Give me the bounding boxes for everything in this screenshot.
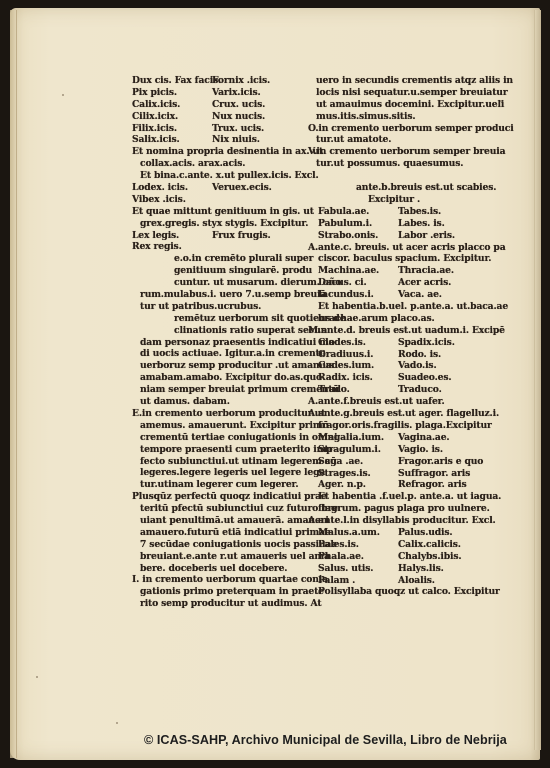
right-column: uero in secundis crementis atqz aliis in… [308, 75, 484, 598]
paragraph-line: A.ante.l.in disyllabis producitur. Excl. [308, 515, 484, 527]
word-pair-row: Gades.ium.Vado.is. [308, 360, 484, 372]
word-right: Chalybs.ibis. [398, 551, 461, 563]
word-left: Dacus. ci. [318, 277, 398, 289]
word-pair-row: Phala.ae.Chalybs.ibis. [308, 551, 484, 563]
word-pair-row: Dux cis. Fax facis.Fornix .icis. [132, 75, 308, 87]
text-line: di uocis actiuae. Igitur.a.in cremento [132, 348, 308, 360]
word-left: Pabulum.i. [318, 218, 398, 230]
page-edge-left [10, 10, 17, 758]
word-right: Acer acris. [398, 277, 451, 289]
paragraph-line: tur.ut amatote. [308, 134, 484, 146]
word-left: Phala.ae. [318, 551, 398, 563]
word-pair-row: Strabo.onis.Labor .eris. [308, 230, 484, 242]
word-right: Vado.is. [398, 360, 437, 372]
paper-speck [36, 676, 38, 678]
word-left: Cilix.icix. [132, 111, 212, 123]
paragraph-line: A.ante.f.breuis est.ut uafer. [308, 396, 484, 408]
text-line: uero in secundis crementis atqz aliis in [308, 75, 484, 87]
word-pair-row: Stragulum.i.Vagio. is. [308, 444, 484, 456]
word-pair-row: Radix. icis.Suadeo.es. [308, 372, 484, 384]
word-left: Magalia.ium. [318, 432, 398, 444]
word-right: Fornix .icis. [212, 75, 270, 87]
word-left: Trado. [318, 384, 398, 396]
paragraph-line: M.ante.d. breuis est.ut uadum.i. Excipē [308, 325, 484, 337]
text-line: rum.mulabus.i. uero 7.u.semp breuiā [132, 289, 308, 301]
paragraph-line: 7 secūdae coniugationis uocis passiuae [132, 539, 308, 551]
word-right: Spadix.icis. [398, 337, 455, 349]
text-line: cuntur. ut musarum. dierum. oño [132, 277, 308, 289]
word-right: Labes. is. [398, 218, 445, 230]
paragraph-line: V.in cremento uerborum semper breuia [308, 146, 484, 158]
word-pair-row: Saga .ae.Fragor.aris e quo [308, 456, 484, 468]
paragraph-line: O.in cremento uerborum semper produci [308, 123, 484, 135]
word-right: Suadeo.es. [398, 372, 451, 384]
text-line: mus.itis.simus.sitis. [308, 111, 484, 123]
text-line: brachae.arum placo.as. [308, 313, 484, 325]
word-pair-row: Ager. n.p.Refragor. aris [308, 479, 484, 491]
word-pair-row: Palam .Aloalis. [308, 575, 484, 587]
text-line: e.o.in cremēto plurali super [132, 253, 308, 265]
word-pair-row: Salus. utis.Halys.lis. [308, 563, 484, 575]
page-edge-right [534, 10, 541, 750]
text-line: collax.acis. arax.acis. [132, 158, 308, 170]
paragraph-line: Plusqūz perfectū quoqz indicatiui prae [132, 491, 308, 503]
word-pair-row: Gradiuus.i.Rodo. is. [308, 349, 484, 361]
paragraph-line: fragor.oris.fragilis. plaga.Excipitur [308, 420, 484, 432]
word-pair-row: Calix.icis.Crux. ucis. [132, 99, 308, 111]
section-heading: Excipitur . [308, 194, 484, 206]
word-right: Fragor.aris e quo [398, 456, 483, 468]
text-line: clinationis ratio superat secun [132, 325, 308, 337]
word-left: Malus.a.um. [318, 527, 398, 539]
word-left: Gades.ium. [318, 360, 398, 372]
word-right: Vagina.ae. [398, 432, 449, 444]
text-line: Polisyllaba quoqz ut calco. Excipitur [308, 586, 484, 598]
word-left: Strages.is. [318, 468, 398, 480]
word-pair-row: Pales.is.Calix.calicis. [308, 539, 484, 551]
text-line: ut amauimus docemini. Excipitur.ueli [308, 99, 484, 111]
word-left: Ager. n.p. [318, 479, 398, 491]
word-pair-row: Filix.icis.Trux. ucis. [132, 123, 308, 135]
paragraph-line: gationis primo preterquam in praete [132, 586, 308, 598]
word-pair-row: Trado.Traduco. [308, 384, 484, 396]
word-left: Gradiuus.i. [318, 349, 398, 361]
paragraph-line: rito semp producitur ut audimus. At [132, 598, 308, 610]
word-pair-row: Strages.is.Suffragor. aris [308, 468, 484, 480]
word-right: Nix niuis. [212, 134, 260, 146]
word-right: Suffragor. aris [398, 468, 470, 480]
word-left: Dux cis. Fax facis. [132, 75, 212, 87]
paragraph-line: tur.ut possumus. quaesumus. [308, 158, 484, 170]
word-left: Lodex. icis. [132, 182, 212, 194]
word-left: Salus. utis. [318, 563, 398, 575]
word-left: Clades.is. [318, 337, 398, 349]
word-right: Vagio. is. [398, 444, 443, 456]
word-right: Traduco. [398, 384, 442, 396]
paragraph-line: tempore praesenti cum praeterito imp [132, 444, 308, 456]
word-right: Refragor. aris [398, 479, 467, 491]
word-left: Filix.icis. [132, 123, 212, 135]
paragraph-line: tur.utinam legerer cum legerer. [132, 479, 308, 491]
word-right: Tabes.is. [398, 206, 441, 218]
word-right: Veruex.ecis. [212, 182, 272, 194]
text-line: locis nisi sequatur.u.semper breuiatur [308, 87, 484, 99]
word-pair-row: Lodex. icis.Veruex.ecis. [132, 182, 308, 194]
word-right: Nux nucis. [212, 111, 265, 123]
text-line: Et quae mittunt genitiuum in gis. ut [132, 206, 308, 218]
text-line: tur ut patribus.ucrubus. [132, 301, 308, 313]
word-pair-row: Pix picis.Varix.icis. [132, 87, 308, 99]
word-left: Lex legis. [132, 230, 212, 242]
paragraph-line: breuiant.e.ante r.ut amaueris uel ama [132, 551, 308, 563]
paragraph-line: A.ante.g.breuis est.ut ager. flagelluz.i… [308, 408, 484, 420]
word-pair-row: Iacundus.i.Vaca. ae. [308, 289, 484, 301]
paragraph-line: A.ante.c. breuis. ut acer acris placco p… [308, 242, 484, 254]
text-line: uerboruz semp producitur .ut amamus [132, 360, 308, 372]
paragraph-line: amauero.futurū etiā indicatiui primae [132, 527, 308, 539]
text-line: Et habentia .f.uel.p. ante.a. ut iagua. [308, 491, 484, 503]
text-line: dam personaz praesentis indicatiui mo [132, 337, 308, 349]
paper-speck [62, 94, 64, 96]
word-left: Palam . [318, 575, 398, 587]
text-line: amabam.amabo. Excipitur do.as.quo [132, 372, 308, 384]
left-column: Dux cis. Fax facis.Fornix .icis.Pix pici… [132, 75, 308, 610]
word-right: Vaca. ae. [398, 289, 442, 301]
text-line: Et bina.c.ante. x.ut pullex.icis. Excl. [132, 170, 308, 182]
word-pair-row: Salix.icis.Nix niuis. [132, 134, 308, 146]
paragraph-line: fecto subiunctiui.ut utinam legerem cū [132, 456, 308, 468]
text-line: Vibex .icis. [132, 194, 308, 206]
word-right: Palus.udis. [398, 527, 452, 539]
word-right: Crux. ucis. [212, 99, 265, 111]
spacer [308, 170, 484, 182]
word-pair-row: Magalia.ium.Vagina.ae. [308, 432, 484, 444]
word-left: Pales.is. [318, 539, 398, 551]
copyright-notice: © ICAS-SAHP, Archivo Municipal de Sevill… [144, 733, 507, 747]
word-right: Trux. ucis. [212, 123, 264, 135]
text-line: remētuz uerborum sit quotiens de [132, 313, 308, 325]
word-right: Varix.icis. [212, 87, 261, 99]
word-pair-row: Dacus. ci.Acer acris. [308, 277, 484, 289]
paragraph-line: teritū pfectū subiunctiui cuz futuro bre [132, 503, 308, 515]
text-line: flagrum. pagus plaga pro uulnere. [308, 503, 484, 515]
text-line: genitiuum singularē. produ [132, 265, 308, 277]
word-right: Frux frugis. [212, 230, 271, 242]
paragraph-line: legeres.legere legeris uel legere lega [132, 467, 308, 479]
text-line: Et habentia.b.uel. p.ante.a. ut.baca.ae [308, 301, 484, 313]
word-right: Halys.lis. [398, 563, 444, 575]
word-left: Machina.ae. [318, 265, 398, 277]
word-left: Salix.icis. [132, 134, 212, 146]
section-heading: ante.b.breuis est.ut scabies. [308, 182, 484, 194]
word-left: Calix.icis. [132, 99, 212, 111]
word-pair-row: Fabula.ae.Tabes.is. [308, 206, 484, 218]
word-right: Rodo. is. [398, 349, 441, 361]
word-right: Aloalis. [398, 575, 435, 587]
word-pair-row: Machina.ae.Thracia.ae. [308, 265, 484, 277]
text-line: Rex regis. [132, 241, 308, 253]
word-pair-row: Cilix.icix.Nux nucis. [132, 111, 308, 123]
paragraph-line: bere. doceberis uel docebere. [132, 563, 308, 575]
word-left: Fabula.ae. [318, 206, 398, 218]
word-left: Saga .ae. [318, 456, 398, 468]
word-left: Iacundus.i. [318, 289, 398, 301]
word-right: Labor .eris. [398, 230, 455, 242]
word-left: Stragulum.i. [318, 444, 398, 456]
word-pair-row: Lex legis.Frux frugis. [132, 230, 308, 242]
paragraph-line: uiant penultimā.ut amauerā. amaueri [132, 515, 308, 527]
word-left: Pix picis. [132, 87, 212, 99]
paragraph-line: I. in cremento uerborum quartae conia [132, 574, 308, 586]
word-right: Calix.calicis. [398, 539, 461, 551]
word-pair-row: Malus.a.um.Palus.udis. [308, 527, 484, 539]
paragraph-line: crementū tertiae coniugationis in omni [132, 432, 308, 444]
text-line: grex.gregis. styx stygis. Excipitur. [132, 218, 308, 230]
paragraph-line: ciscor. baculus spacium. Excipitur. [308, 253, 484, 265]
paragraph-line: amemus. amauerunt. Excipitur primū [132, 420, 308, 432]
text-line: ut damus. dabam. [132, 396, 308, 408]
text-line: Et nomina propria desinentia in ax. ut [132, 146, 308, 158]
paragraph-line: E.in cremento uerborum producitur.ut [132, 408, 308, 420]
text-line: niam semper breuiat primum crementū [132, 384, 308, 396]
word-pair-row: Clades.is.Spadix.icis. [308, 337, 484, 349]
word-right: Thracia.ae. [398, 265, 454, 277]
word-pair-row: Pabulum.i.Labes. is. [308, 218, 484, 230]
word-left: Strabo.onis. [318, 230, 398, 242]
paper-speck [116, 722, 118, 724]
word-left: Radix. icis. [318, 372, 398, 384]
